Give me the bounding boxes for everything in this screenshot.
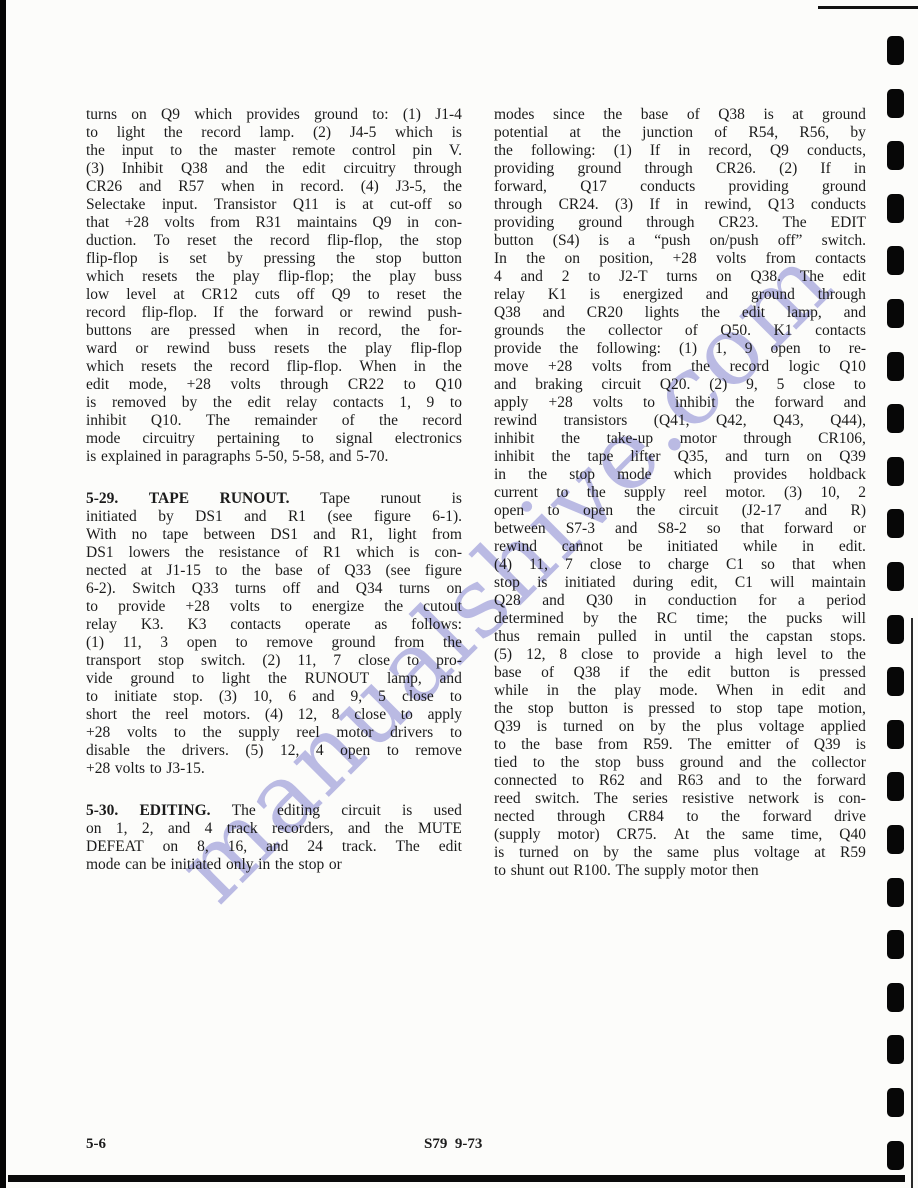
word: high [735,646,763,664]
word: buttons [86,322,132,340]
word: by [650,718,666,736]
page-number: 5-6 [86,1136,106,1153]
word: is [599,232,609,250]
word: through [557,808,605,826]
word: 7 [333,652,341,670]
word: conduction [668,592,737,610]
word: the [559,340,578,358]
word: off [283,580,301,598]
word: Q33 [192,580,219,598]
word: the [847,646,866,664]
text-line: tiedtothestopbussgroundandthecollector [494,754,866,772]
word: The [396,838,420,856]
word: 2 [858,484,866,502]
word: and [542,592,564,610]
word: drive [834,808,866,826]
word: Q38 [718,106,745,124]
word: between [494,520,546,538]
word: to: [372,106,388,124]
word: is [623,700,633,718]
scan-edge-top-line [818,6,918,9]
text-line: CR26andR57wheninrecord.(4)J3-5,the [86,178,462,196]
word: edit [802,682,825,700]
word: R54, [748,124,778,142]
word: 5-58, [292,448,324,466]
word: turns [399,580,430,598]
word: open [583,502,613,520]
word: is [335,196,345,214]
binding-hole-mark [887,772,904,801]
word: and [244,508,266,526]
word: rewind [167,340,210,358]
text-line: 5-30.EDITING.Theeditingcircuitisused [86,802,462,820]
word: is [537,574,547,592]
word: open [340,742,370,760]
word: Q13 [768,196,795,214]
word: at [173,286,184,304]
word: to [192,670,204,688]
word: play [389,268,416,286]
word: by [158,508,174,526]
word: Transistor [214,196,276,214]
word: reel [165,706,188,724]
text-line: editmode,+28voltsthroughCR22toQ10 [86,376,462,394]
word: supply [624,484,665,502]
word: is [86,394,96,412]
word: the [146,742,165,760]
word: through [414,160,462,178]
word: the [199,142,218,160]
word: of [714,124,727,142]
word: +28 [673,250,697,268]
text-line: lowlevelatCR12cutsoffQ9toresetthe [86,286,462,304]
word: and [312,688,334,706]
text-line: Selectakeinput.TransistorQ11isatcut-offs… [86,196,462,214]
word: cannot [562,538,603,556]
word: volts [230,598,260,616]
word: CR24. [559,196,599,214]
word: CR23. [718,214,758,232]
word: (3) [784,484,802,502]
word: 4 [316,742,324,760]
word: close [358,652,390,670]
binding-hole-mark [887,1035,904,1064]
word: through [743,430,791,448]
word: electronics [395,430,462,448]
word: to [387,742,399,760]
word: reset [187,232,216,250]
word: mode, [129,376,167,394]
word: voltage [759,718,805,736]
word: of [317,562,330,580]
word: resets [142,268,177,286]
word: remove [266,634,312,652]
word: at [570,124,581,142]
word: only [226,856,254,874]
word: the [721,808,740,826]
word: remainder [254,412,317,430]
word: 5-70. [356,448,388,466]
word: to [450,394,462,412]
word: is [814,790,824,808]
word: 6-1). [432,508,462,526]
word: Q39 [839,448,866,466]
text-line: whileintheplaymode.Whenineditand [494,682,866,700]
word: control [352,142,396,160]
word: forward [763,808,812,826]
word: record, [708,142,751,160]
word: remain [537,628,580,646]
word: volts [115,760,145,778]
word: +28 [548,358,572,376]
word: button [422,250,462,268]
scan-edge-bottom-bar [8,1175,905,1182]
text-line: button(S4)isa“pushon/pushoff”switch. [494,232,866,250]
word: initiated [86,508,137,526]
word: flip-flop. [287,358,343,376]
word: to [86,124,98,142]
word: DEFEAT [86,838,144,856]
word: through [280,376,328,394]
word: collector [812,754,866,772]
word: which [86,358,124,376]
word: which [356,544,394,562]
word: operate [305,616,351,634]
word: is [590,286,600,304]
word: period [826,592,866,610]
word: Q43, [773,412,804,430]
word: record [730,358,770,376]
word: CR26. [716,160,756,178]
word: (2) [779,160,797,178]
word: volts [164,214,194,232]
text-line: tothebasefromR59.TheemitterofQ39is [494,736,866,754]
word: and [640,772,662,790]
word: to [404,376,416,394]
word: during [633,574,673,592]
word: on [446,580,462,598]
word: EDIT [831,214,866,232]
word: the [649,664,668,682]
word: 4 [494,268,502,286]
word: be [628,538,643,556]
word: 3 [160,634,168,652]
word: R59 [840,844,866,862]
word: duction. [86,232,136,250]
text-line: toshuntoutR100.Thesupplymotorthen [494,862,866,880]
word: determined [494,610,564,628]
word: low [86,286,109,304]
text-line: modecircuitrypertainingtosignalelectroni… [86,430,462,448]
word: re- [849,340,866,358]
word: is [452,490,462,508]
scan-edge-right-line [911,618,913,1188]
word: record [230,358,270,376]
word: is [402,802,412,820]
word: resets [274,340,309,358]
word: by [850,124,866,142]
word: resistance [219,544,280,562]
word: flip-flop [410,340,462,358]
word: and [615,520,637,538]
word: forward [784,520,833,538]
word: the [352,268,371,286]
word: editing [277,802,320,820]
word: edit. [839,538,866,556]
text-line: videgroundtolighttheRUNOUTlamp,and [86,670,462,688]
word: 8 [332,706,340,724]
text-line: disablethedrivers.(5)12,4opentoremove [86,742,462,760]
text-line: inthestopmodewhichprovidesholdback [494,466,866,484]
paragraph: 5-30.EDITING.Theeditingcircuitisusedon1,… [86,802,462,874]
word: to [215,562,227,580]
word: forward [775,394,824,412]
word: the [234,232,253,250]
word: rewind [494,538,537,556]
word: that [86,214,109,232]
heading-word: RUNOUT. [220,490,290,508]
word: contacts [815,322,866,340]
word: reel [684,484,707,502]
word: the [336,250,355,268]
word: position, [599,250,653,268]
word: push- [428,304,462,322]
word: following: [531,142,596,160]
text-line: +28voltstoJ3-15. [86,760,462,778]
text-line: shortthereelmotors.(4)12,8closetoapply [86,706,462,724]
word: the [603,106,622,124]
word: edit [843,268,866,286]
word: to [236,634,248,652]
word: Q20. [660,376,691,394]
word: the [736,394,755,412]
word: the [633,844,652,862]
word: and [139,178,161,196]
word: the [164,124,183,142]
word: and [844,682,866,700]
word: (3) [86,160,104,178]
word: The [783,214,807,232]
word: Q9 [770,142,789,160]
word: (1) [679,340,697,358]
word: R62 [599,772,625,790]
word: 16, [228,838,247,856]
word: and [805,502,827,520]
word: maintain [812,574,866,592]
word: are [151,322,170,340]
binding-hole-mark [887,509,904,538]
word: 1, [399,394,411,412]
word: modes [494,106,534,124]
text-line: turnsonQ9whichprovidesgroundto:(1)J1-4 [86,106,462,124]
word: set [189,250,206,268]
word: provide [653,646,700,664]
word: stop [494,574,520,592]
paragraph: turnsonQ9whichprovidesgroundto:(1)J1-4to… [86,106,462,466]
word: pucks [786,610,822,628]
word: 9 [745,340,753,358]
word: ground [822,106,866,124]
word: in [307,322,319,340]
word: a [714,646,721,664]
word: play [365,340,392,358]
word: the [682,718,701,736]
word: to [548,502,560,520]
binding-hole-mark [887,930,904,959]
word: C1 [726,556,744,574]
word: the [240,304,259,322]
word: base [641,106,669,124]
heading-word: 5-30. [86,802,118,820]
word: CR26 [86,178,122,196]
word: (3) [219,688,237,706]
word: Q38 [574,664,601,682]
word: provide [118,598,165,616]
text-line: rewindcannotbeinitiatedwhileinedit. [494,538,866,556]
word: to [854,376,866,394]
word: volts [230,376,260,394]
word: 6 [288,688,296,706]
word: to [533,754,545,772]
word: to [588,268,600,286]
word: lights [645,304,679,322]
word: forward [817,772,866,790]
word: the [443,178,462,196]
word: light [388,526,416,544]
word: Selectake [86,196,145,214]
word: is [452,124,462,142]
word: motion, [818,700,866,718]
text-line: move+28voltsfromtherecordlogicQ10 [494,358,866,376]
word: base [275,562,303,580]
word: Q40 [839,826,866,844]
word: to [756,772,768,790]
word: stop [298,856,324,874]
word: initiate [114,688,157,706]
word: The [206,412,230,430]
word: through [646,214,694,232]
word: forward [274,304,323,322]
word: CR106, [818,430,866,448]
word: the [777,754,796,772]
word: 1, [715,340,727,358]
word: relay [86,616,117,634]
word: (3) [615,196,633,214]
word: 10, [820,484,839,502]
word: recorders, [272,820,334,838]
word: vide [86,670,113,688]
word: logic [789,358,820,376]
word: network [748,790,799,808]
word: To [154,232,170,250]
word: ground [130,670,174,688]
binding-hole-mark [887,352,904,381]
word: Q33 [344,562,371,580]
word: supply [238,724,279,742]
word: the [561,754,580,772]
word: providing [729,178,789,196]
word: the [494,142,513,160]
word: stop [528,700,554,718]
word: pertaining [217,430,280,448]
word: contacts [815,250,866,268]
word: Q9 [373,214,392,232]
word: DS1 [270,526,298,544]
word: explained [101,448,161,466]
word: edit [86,376,109,394]
word: and [440,670,462,688]
word: and [348,820,370,838]
word: in [678,142,690,160]
word: S7-3 [566,520,595,538]
word: no [132,526,148,544]
word: and [521,268,543,286]
text-line: flip-flopissetbypressingthestopbutton [86,250,462,268]
word: Q10. [151,412,182,430]
word: as [374,616,387,634]
word: track [227,820,258,838]
word: Q9 [161,106,180,124]
text-line: providinggroundthroughCR26.(2)Ifin [494,160,866,178]
word: the [443,358,462,376]
word: the [691,358,710,376]
word: R1, [351,526,373,544]
word: from [766,250,796,268]
word: on [619,718,635,736]
word: to [150,760,162,778]
word: R31 [256,214,282,232]
word: transistors [564,412,628,430]
word: on [131,106,147,124]
word: CR75. [617,826,657,844]
word: while [494,682,528,700]
word: (5) [494,646,512,664]
word: 12, [280,742,299,760]
word: and [718,772,740,790]
word: MUTE [418,820,462,838]
word: R100. [573,862,610,880]
word: since [553,106,585,124]
word: the [385,820,404,838]
text-line: toprovide+28voltstoenergizethecutout [86,598,462,616]
word: and [739,754,761,772]
word: volts [593,394,623,412]
word: if [620,664,629,682]
word: motor) [557,826,599,844]
word: disable [86,742,130,760]
word: the [748,610,767,628]
word: from [394,634,424,652]
text-line: relayK3.K3contactsoperateasfollows: [86,616,462,634]
word: (Q41, [654,412,690,430]
word: If [820,160,830,178]
text-line: currenttothesupplyreelmotor.(3)10,2 [494,484,866,502]
text-line: modecanbeinitiatedonlyinthestopor [86,856,462,874]
word: play [614,682,641,700]
text-line: buttonsarepressedwheninrecord,thefor- [86,322,462,340]
word: Q42, [716,412,747,430]
word: close [803,376,835,394]
word: edit, [691,574,718,592]
word: 8, [197,838,209,856]
word: inhibit [86,412,126,430]
word: Q44), [830,412,866,430]
word: the [268,670,287,688]
word: 12, [526,646,545,664]
word: on/push [710,232,759,250]
word: The [232,802,256,820]
binding-hole-mark [887,457,904,486]
